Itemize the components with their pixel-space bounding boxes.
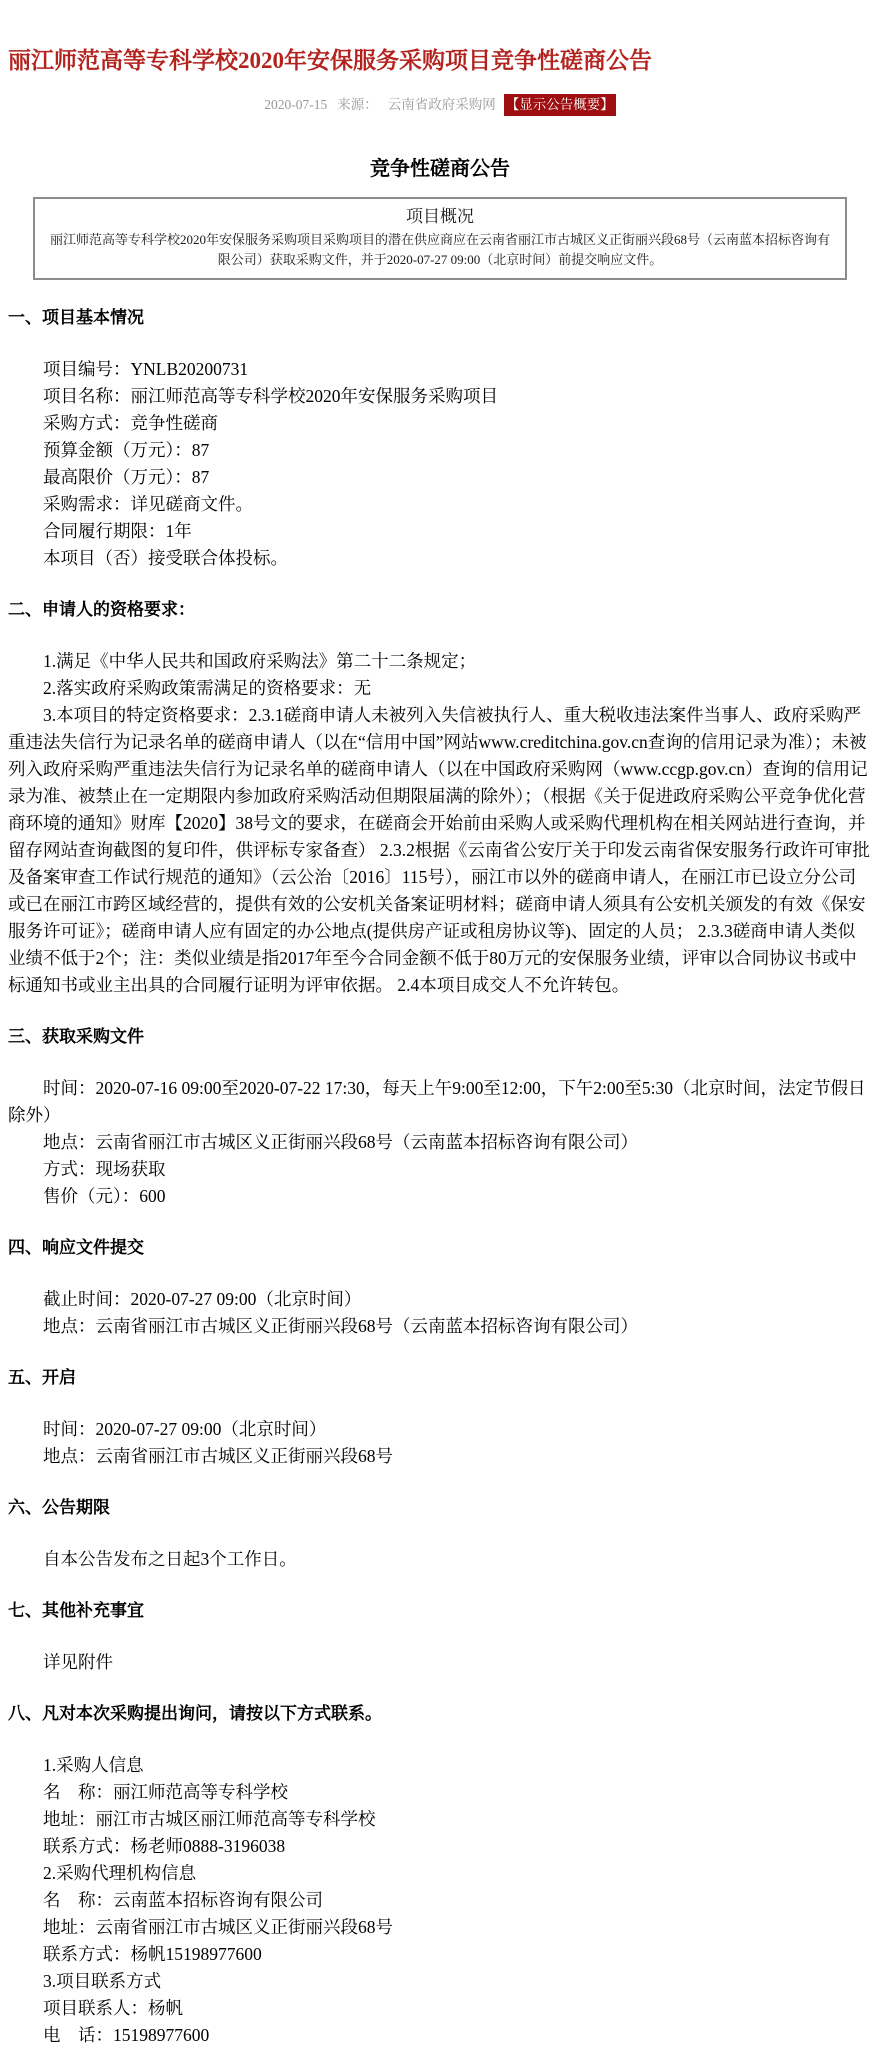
section-paragraph: 3.本项目的特定资格要求：2.3.1磋商申请人未被列入失信被执行人、重大税收违法… — [8, 702, 872, 999]
section-paragraph: 联系方式：杨帆15198977600 — [8, 1941, 872, 1968]
section-paragraph: 电 话：15198977600 — [8, 2022, 872, 2049]
section-paragraph: 地址：云南省丽江市古城区义正街丽兴段68号 — [8, 1914, 872, 1941]
section-paragraph: 地点：云南省丽江市古城区义正街丽兴段68号（云南蓝本招标咨询有限公司） — [8, 1313, 872, 1340]
section-heading: 五、开启 — [8, 1366, 872, 1390]
section-paragraph: 最高限价（万元）：87 — [8, 464, 872, 491]
section-paragraph: 地点：云南省丽江市古城区义正街丽兴段68号（云南蓝本招标咨询有限公司） — [8, 1129, 872, 1156]
section-paragraph: 详见附件 — [8, 1649, 872, 1676]
section-paragraph: 1.采购人信息 — [8, 1752, 872, 1779]
section-paragraph: 联系方式：杨老师0888-3196038 — [8, 1833, 872, 1860]
section-paragraph: 地点：云南省丽江市古城区义正街丽兴段68号 — [8, 1443, 872, 1470]
section-paragraph: 截止时间：2020-07-27 09:00（北京时间） — [8, 1286, 872, 1313]
page-title: 丽江师范高等专科学校2020年安保服务采购项目竞争性磋商公告 — [8, 46, 872, 76]
source-label: 来源： — [337, 97, 378, 112]
section-paragraph: 本项目（否）接受联合体投标。 — [8, 545, 872, 572]
section-heading: 八、凡对本次采购提出询问，请按以下方式联系。 — [8, 1702, 872, 1726]
sections-container: 一、项目基本情况项目编号：YNLB20200731项目名称：丽江师范高等专科学校… — [8, 306, 872, 2049]
announcement-page: 丽江师范高等专科学校2020年安保服务采购项目竞争性磋商公告 2020-07-1… — [0, 46, 880, 2049]
section-paragraph: 名 称：云南蓝本招标咨询有限公司 — [8, 1887, 872, 1914]
section-heading: 七、其他补充事宜 — [8, 1599, 872, 1623]
announcement-subtitle: 竞争性磋商公告 — [8, 152, 872, 181]
section-paragraph: 合同履行期限：1年 — [8, 518, 872, 545]
section-paragraph: 2.采购代理机构信息 — [8, 1860, 872, 1887]
overview-body: 丽江师范高等专科学校2020年安保服务采购项目采购项目的潜在供应商应在云南省丽江… — [45, 230, 835, 270]
section-paragraph: 项目联系人：杨帆 — [8, 1995, 872, 2022]
meta-line: 2020-07-15来源：云南省政府采购网【显示公告概要】 — [8, 94, 872, 116]
publish-date: 2020-07-15 — [264, 97, 327, 112]
section-paragraph: 预算金额（万元）：87 — [8, 437, 872, 464]
section-paragraph: 售价（元）：600 — [8, 1183, 872, 1210]
show-summary-button[interactable]: 【显示公告概要】 — [504, 94, 616, 116]
section-heading: 四、响应文件提交 — [8, 1236, 872, 1260]
section-paragraph: 3.项目联系方式 — [8, 1968, 872, 1995]
section-paragraph: 时间：2020-07-27 09:00（北京时间） — [8, 1416, 872, 1443]
section-heading: 三、获取采购文件 — [8, 1025, 872, 1049]
section-paragraph: 时间：2020-07-16 09:00至2020-07-22 17:30，每天上… — [8, 1075, 872, 1129]
section-paragraph: 采购需求：详见磋商文件。 — [8, 491, 872, 518]
section-paragraph: 采购方式：竞争性磋商 — [8, 410, 872, 437]
section-paragraph: 自本公告发布之日起3个工作日。 — [8, 1546, 872, 1573]
source-name: 云南省政府采购网 — [388, 97, 496, 112]
project-overview-box: 项目概况 丽江师范高等专科学校2020年安保服务采购项目采购项目的潜在供应商应在… — [33, 197, 847, 280]
section-paragraph: 项目名称：丽江师范高等专科学校2020年安保服务采购项目 — [8, 383, 872, 410]
section-heading: 一、项目基本情况 — [8, 306, 872, 330]
section-heading: 六、公告期限 — [8, 1496, 872, 1520]
section-paragraph: 项目编号：YNLB20200731 — [8, 356, 872, 383]
overview-heading: 项目概况 — [45, 204, 835, 230]
section-paragraph: 1.满足《中华人民共和国政府采购法》第二十二条规定； — [8, 648, 872, 675]
section-paragraph: 名 称：丽江师范高等专科学校 — [8, 1779, 872, 1806]
section-heading: 二、申请人的资格要求： — [8, 598, 872, 622]
section-paragraph: 2.落实政府采购政策需满足的资格要求：无 — [8, 675, 872, 702]
section-paragraph: 地址：丽江市古城区丽江师范高等专科学校 — [8, 1806, 872, 1833]
section-paragraph: 方式：现场获取 — [8, 1156, 872, 1183]
